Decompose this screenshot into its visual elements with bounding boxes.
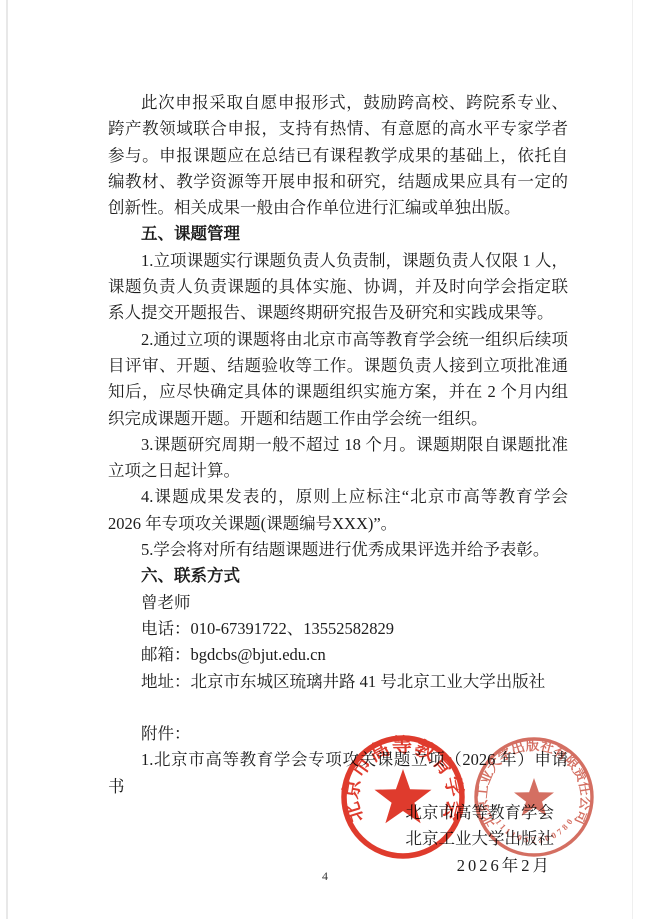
intro-paragraph: 此次申报采取自愿申报形式，鼓励跨高校、跨院系专业、跨产教领域联合申报，支持有热情…	[108, 90, 568, 221]
seal-left-star-icon	[375, 769, 432, 823]
seal-right-press-company: 北京工业大学出版社有限责任公司 1111052200780	[472, 735, 596, 859]
section5-item-4: 4.课题成果发表的，原则上应标注“北京市高等教育学会 2026 年专项攻关课题(…	[108, 484, 568, 537]
section6-heading: 六、联系方式	[108, 563, 568, 589]
section5-item-5: 5.学会将对所有结题课题进行优秀成果评选并给予表彰。	[108, 537, 568, 563]
contact-email: 邮箱：bgdcbs@bjut.edu.cn	[108, 642, 568, 668]
seal-right-serial-number: 1111052200780	[493, 817, 574, 845]
scan-edge-left	[6, 0, 8, 919]
section5-item-3: 3.课题研究周期一般不超过 18 个月。课题期限自课题批准立项之日起计算。	[108, 432, 568, 485]
section5-item-1: 1.立项课题实行课题负责人负责制，课题负责人仅限 1 人，课题负责人负责课题的具…	[108, 248, 568, 327]
contact-phone: 电话：010-67391722、13552582829	[108, 616, 568, 642]
contact-name: 曾老师	[108, 590, 568, 616]
section5-item-2: 2.通过立项的课题将由北京市高等教育学会统一组织后续项目评审、开题、结题验收等工…	[108, 327, 568, 432]
seal-left-education-association: 北京市高等教育学会	[338, 732, 468, 862]
contact-address: 地址：北京市东城区琉璃井路 41 号北京工业大学出版社	[108, 669, 568, 695]
scan-edge-right	[632, 0, 633, 919]
seal-right-star-icon	[514, 778, 554, 816]
page-number: 4	[0, 869, 650, 884]
section5-heading: 五、课题管理	[108, 221, 568, 247]
document-page: 此次申报采取自愿申报形式，鼓励跨高校、跨院系专业、跨产教领域联合申报，支持有热情…	[0, 0, 650, 919]
